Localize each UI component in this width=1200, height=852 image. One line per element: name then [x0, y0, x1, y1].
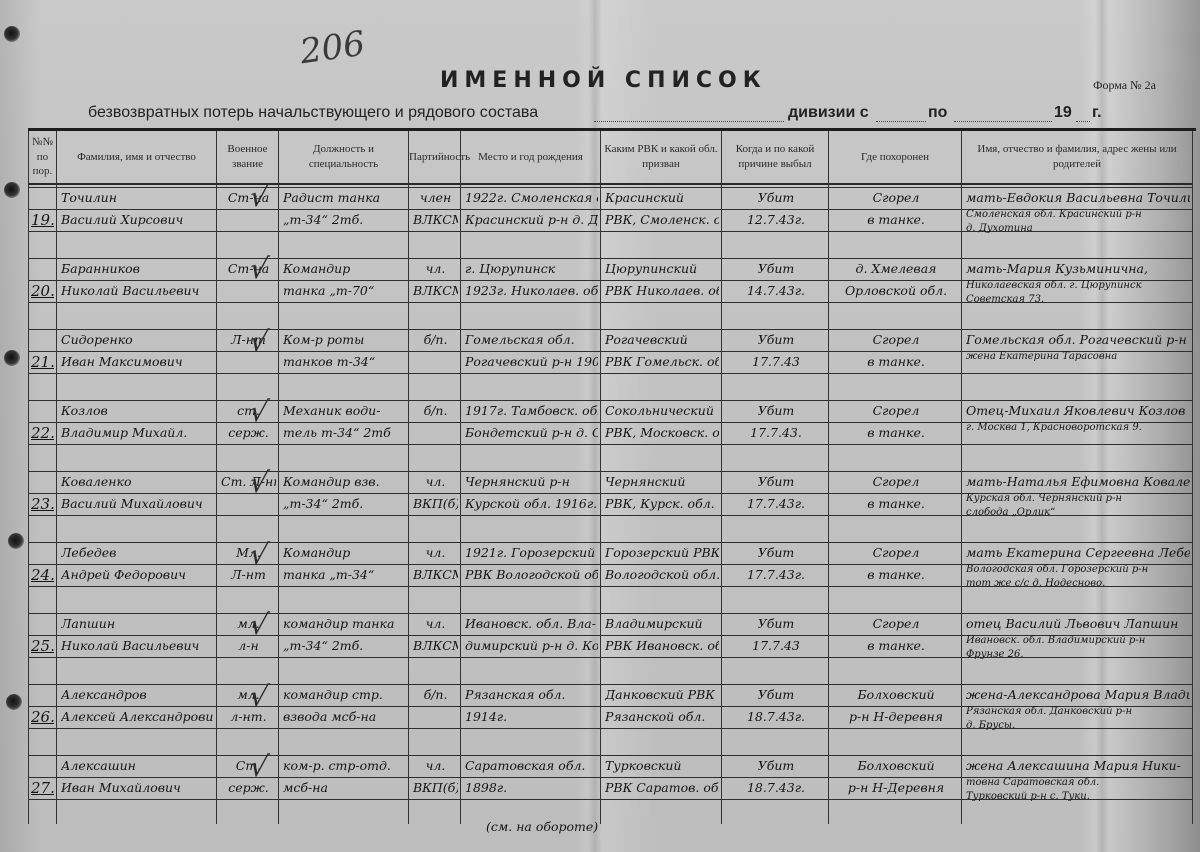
date-reason-line: 17.7.43. — [726, 424, 826, 442]
full-name-line: Николай Васильевич — [61, 282, 214, 300]
burial-place-cell: Сгорелв танке. — [829, 184, 962, 256]
party-membership-cell: членВЛКСМ — [409, 184, 461, 256]
party-membership-cell: чл.ВКП(б) — [409, 753, 461, 824]
relatives-address-line: д. Брусы. — [966, 720, 1190, 732]
table-row: 21.СидоренкоИван МаксимовичЛ-нтКом-р рот… — [29, 327, 1193, 398]
relatives-address-line: товна Саратовская обл. — [966, 777, 1190, 789]
burial-place-cell: Болховскийр-н Н-Деревня — [829, 753, 962, 824]
draft-office-cell: Данковский РВКРязанской обл. — [601, 682, 722, 753]
party-membership-line: ВЛКСМ — [413, 566, 458, 584]
draft-office-line: Рогачевский — [605, 331, 719, 349]
date-reason-line: 18.7.43г. — [726, 779, 826, 797]
draft-office-cell: РогачевскийРВК Гомельск. обл. — [601, 327, 722, 398]
document-subtitle: безвозвратных потерь начальствующего и р… — [88, 104, 1108, 126]
draft-office-cell: ТурковскийРВК Саратов. обл. — [601, 753, 722, 824]
table-header-row: №№ по пор. Фамилия, имя и отчество Военн… — [29, 131, 1193, 184]
row-number: 22. — [31, 424, 54, 442]
row-number-cell: 20. — [29, 256, 57, 327]
birth-place-year-cell: Чернянский р-нКурской обл. 1916г. — [461, 469, 601, 540]
row-number-cell: 21. — [29, 327, 57, 398]
burial-place-line: Сгорел — [833, 544, 959, 562]
draft-office-line: Красинский — [605, 189, 719, 207]
birth-place-year-line: 1923г. Николаев. обл. — [465, 282, 598, 300]
military-rank-cell: Ст. Л-нт — [217, 469, 279, 540]
relatives-address-line: жена Екатерина Тарасовна — [966, 351, 1190, 363]
burial-place-line: в танке. — [833, 424, 959, 442]
burial-place-line: Орловской обл. — [833, 282, 959, 300]
full-name-line: Лебедев — [61, 544, 214, 562]
date-reason-line: Убит — [726, 757, 826, 775]
party-membership-line: б/п. — [413, 402, 458, 420]
footnote-see-reverse: (см. на обороте) — [486, 818, 1198, 836]
birth-place-year-line: г. Цюрупинск — [465, 260, 598, 278]
header-rvk: Каким РВК и какой обл. призван — [601, 131, 722, 184]
full-name-cell: БаранниковНиколай Васильевич — [57, 256, 217, 327]
draft-office-line: Сокольнический — [605, 402, 719, 420]
military-rank-cell: мл.л-н — [217, 611, 279, 682]
date-reason-line: Убит — [726, 189, 826, 207]
party-membership-line: ВЛКСМ — [413, 211, 458, 229]
birth-place-year-line: РВК Вологодской обл. — [465, 566, 598, 584]
row-number-cell: 24. — [29, 540, 57, 611]
draft-office-line: Вологодской обл. — [605, 566, 719, 584]
draft-office-line: Чернянский — [605, 473, 719, 491]
draft-office-line: РВК, Смоленск. обл. — [605, 211, 719, 229]
header-party: Партийность — [409, 131, 461, 184]
birth-place-year-line: Гомельская обл. — [465, 331, 598, 349]
full-name-line: Коваленко — [61, 473, 214, 491]
position-cell: командир стр.взвода мсб-на — [279, 682, 409, 753]
birth-place-year-cell: 1917г. Тамбовск. обл.Бондетский р-н д. С… — [461, 398, 601, 469]
full-name-line: Василий Хирсович — [61, 211, 214, 229]
full-name-line: Алексей Александрович — [61, 708, 214, 726]
subtitle-text: безвозвратных потерь начальствующего и р… — [88, 104, 538, 122]
year-label: 19 — [1054, 104, 1072, 122]
position-cell: Командиртанка „т-70“ — [279, 256, 409, 327]
draft-office-line: Цюрупинский — [605, 260, 719, 278]
burial-place-line: в танке. — [833, 353, 959, 371]
table-row: 24.ЛебедевАндрей ФедоровичМл.Л-нтКоманди… — [29, 540, 1193, 611]
full-name-cell: КоваленкоВасилий Михайлович — [57, 469, 217, 540]
burial-place-line: Болховский — [833, 757, 959, 775]
military-rank-cell: мл.л-нт. — [217, 682, 279, 753]
punch-hole — [4, 350, 20, 366]
header-position: Должность и специальность — [279, 131, 409, 184]
birth-place-year-line: Рязанская обл. — [465, 686, 598, 704]
date-reason-line: 17.7.43 — [726, 637, 826, 655]
date-reason-cell: Убит17.7.43г. — [722, 469, 829, 540]
row-number: 23. — [31, 495, 54, 513]
draft-office-cell: Горозерский РВКВологодской обл. — [601, 540, 722, 611]
burial-place-line: Сгорел — [833, 615, 959, 633]
row-number-cell: 19. — [29, 184, 57, 256]
position-line: Командир взв. — [283, 473, 406, 491]
relatives-address-cell: жена Алексашина Мария Ники-товна Саратов… — [962, 753, 1193, 824]
blank-field-year — [1076, 121, 1090, 122]
birth-place-year-cell: Саратовская обл.1898г. — [461, 753, 601, 824]
relatives-address-line: Смоленская обл. Красинский р-н — [966, 209, 1190, 221]
date-reason-line: 12.7.43г. — [726, 211, 826, 229]
relatives-address-cell: мать Екатерина Сергеевна ЛебедеваВологод… — [962, 540, 1193, 611]
relatives-address-cell: мать-Евдокия Васильевна ТочилинаСмоленск… — [962, 184, 1193, 256]
row-number: 21. — [31, 353, 54, 371]
burial-place-line: р-н Н-деревня — [833, 708, 959, 726]
full-name-line: Андрей Федорович — [61, 566, 214, 584]
header-reason: Когда и по какой причине выбыл — [722, 131, 829, 184]
row-number-cell: 25. — [29, 611, 57, 682]
position-line: взвода мсб-на — [283, 708, 406, 726]
birth-place-year-line: 1898г. — [465, 779, 598, 797]
full-name-cell: АлексашинИван Михайлович — [57, 753, 217, 824]
relatives-address-line: д. Духотина — [966, 223, 1190, 235]
table-row: 27.АлексашинИван МихайловичСт.серж.ком-р… — [29, 753, 1193, 824]
party-membership-line: чл. — [413, 757, 458, 775]
punch-hole — [4, 26, 20, 42]
position-line: „т-34“ 2тб. — [283, 495, 406, 513]
form-number: Форма № 2а — [1093, 78, 1156, 93]
position-line: Командир — [283, 544, 406, 562]
date-reason-cell: Убит17.7.43г. — [722, 540, 829, 611]
row-number: 26. — [31, 708, 54, 726]
birth-place-year-line: Саратовская обл. — [465, 757, 598, 775]
relatives-address-line: Ивановск. обл. Владимирский р-н — [966, 635, 1190, 647]
table-row: 22.КозловВладимир Михайл.ст.серж.Механик… — [29, 398, 1193, 469]
position-cell: командир танка„т-34“ 2тб. — [279, 611, 409, 682]
full-name-line: Николай Васильевич — [61, 637, 214, 655]
burial-place-line: в танке. — [833, 211, 959, 229]
party-membership-line: ВЛКСМ — [413, 637, 458, 655]
burial-place-cell: Сгорелв танке. — [829, 540, 962, 611]
party-membership-line: чл. — [413, 544, 458, 562]
draft-office-cell: ЧернянскийРВК, Курск. обл. — [601, 469, 722, 540]
handwritten-page-number: 206 — [298, 24, 368, 73]
row-number-cell: 23. — [29, 469, 57, 540]
party-membership-cell: чл.ВЛКСМ — [409, 611, 461, 682]
draft-office-line: РВК, Курск. обл. — [605, 495, 719, 513]
party-membership-line: чл. — [413, 473, 458, 491]
relatives-address-line: жена-Александрова Мария Владимировна — [966, 686, 1190, 704]
draft-office-cell: ВладимирскийРВК Ивановск. обл. — [601, 611, 722, 682]
party-membership-cell: б/п. — [409, 327, 461, 398]
date-reason-line: Убит — [726, 260, 826, 278]
position-line: танка „т-34“ — [283, 566, 406, 584]
party-membership-line: б/п. — [413, 331, 458, 349]
relatives-address-cell: Отец-Михаил Яковлевич Козловг. Москва 1,… — [962, 398, 1193, 469]
relatives-address-line: Советская 73. — [966, 294, 1190, 306]
position-cell: Командиртанка „т-34“ — [279, 540, 409, 611]
relatives-address-line: Николаевская обл. г. Цюрупинск — [966, 280, 1190, 292]
relatives-address-line: г. Москва 1, Красноворотская 9. — [966, 422, 1190, 434]
draft-office-line: Владимирский — [605, 615, 719, 633]
date-reason-cell: Убит17.7.43 — [722, 327, 829, 398]
punch-hole — [4, 182, 20, 198]
full-name-line: Василий Михайлович — [61, 495, 214, 513]
full-name-line: Лапшин — [61, 615, 214, 633]
birth-place-year-line: Рогачевский р-н 1908г. — [465, 353, 598, 371]
full-name-line: Точилин — [61, 189, 214, 207]
position-cell: ком-р. стр-отд.мсб-на — [279, 753, 409, 824]
relatives-address-line: Фрунзе 26. — [966, 649, 1190, 661]
position-line: Механик води- — [283, 402, 406, 420]
blank-field-from — [876, 121, 926, 122]
header-relatives: Имя, отчество и фамилия, адрес жены или … — [962, 131, 1193, 184]
party-membership-line: ВКП(б) — [413, 495, 458, 513]
position-cell: Ком-р ротытанков т-34“ — [279, 327, 409, 398]
row-number: 24. — [31, 566, 54, 584]
birth-place-year-cell: Рязанская обл.1914г. — [461, 682, 601, 753]
birth-place-year-line: Бондетский р-н д. Степенщево. — [465, 424, 598, 442]
military-rank-cell: Ст.серж. — [217, 753, 279, 824]
military-rank-cell: Мл.Л-нт — [217, 540, 279, 611]
burial-place-cell: д. ХмелеваяОрловской обл. — [829, 256, 962, 327]
party-membership-line: ВКП(б) — [413, 779, 458, 797]
relatives-address-line: отец Василий Львович Лапшин — [966, 615, 1190, 633]
birth-place-year-line: 1921г. Горозерский р-н — [465, 544, 598, 562]
position-cell: Радист танка„т-34“ 2тб. — [279, 184, 409, 256]
year-suffix: г. — [1092, 104, 1102, 122]
date-reason-line: Убит — [726, 331, 826, 349]
date-reason-line: Убит — [726, 473, 826, 491]
relatives-address-line: слобода „Орлик“ — [966, 507, 1190, 519]
draft-office-line: Горозерский РВК — [605, 544, 719, 562]
header-buried: Где похоронен — [829, 131, 962, 184]
draft-office-line: РВК Ивановск. обл. — [605, 637, 719, 655]
party-membership-cell: чл.ВЛКСМ. — [409, 256, 461, 327]
position-line: Ком-р роты — [283, 331, 406, 349]
burial-place-line: в танке. — [833, 495, 959, 513]
burial-place-line: Сгорел — [833, 473, 959, 491]
date-reason-line: 17.7.43г. — [726, 566, 826, 584]
full-name-cell: ТочилинВасилий Хирсович — [57, 184, 217, 256]
row-number-cell: 22. — [29, 398, 57, 469]
table-row: 25.ЛапшинНиколай Васильевичмл.л-нкоманди… — [29, 611, 1193, 682]
position-line: „т-34“ 2тб. — [283, 211, 406, 229]
relatives-address-line: Отец-Михаил Яковлевич Козлов — [966, 402, 1190, 420]
burial-place-line: в танке. — [833, 637, 959, 655]
draft-office-line: Турковский — [605, 757, 719, 775]
draft-office-line: РВК, Московск. обл. — [605, 424, 719, 442]
party-membership-line: чл. — [413, 260, 458, 278]
blank-field-unit — [594, 121, 784, 122]
party-membership-line: чл. — [413, 615, 458, 633]
party-membership-cell: чл.ВЛКСМ — [409, 540, 461, 611]
date-reason-line: Убит — [726, 544, 826, 562]
full-name-line: Козлов — [61, 402, 214, 420]
date-reason-cell: Убит14.7.43г. — [722, 256, 829, 327]
relatives-address-cell: мать-Мария Кузьминична,Николаевская обл.… — [962, 256, 1193, 327]
birth-place-year-line: Чернянский р-н — [465, 473, 598, 491]
relatives-address-line: Гомельская обл. Рогачевский р-н — [966, 331, 1190, 349]
birth-place-year-line: Курской обл. 1916г. — [465, 495, 598, 513]
party-membership-line: ВЛКСМ. — [413, 282, 458, 300]
date-reason-line: Убит — [726, 686, 826, 704]
table-row: 26.АлександровАлексей Александровичмл.л-… — [29, 682, 1193, 753]
burial-place-cell: Сгорелв танке. — [829, 398, 962, 469]
birth-place-year-cell: Гомельская обл.Рогачевский р-н 1908г. — [461, 327, 601, 398]
party-membership-cell: б/п. — [409, 398, 461, 469]
relatives-address-line: Рязанская обл. Данковский р-н — [966, 706, 1190, 718]
birth-place-year-cell: Ивановск. обл. Вла-димирский р-н д. Коже… — [461, 611, 601, 682]
burial-place-line: Болховский — [833, 686, 959, 704]
full-name-cell: СидоренкоИван Максимович — [57, 327, 217, 398]
row-number: 19. — [31, 211, 54, 229]
draft-office-line: РВК Николаев. обл. — [605, 282, 719, 300]
birth-place-year-line: 1917г. Тамбовск. обл. — [465, 402, 598, 420]
full-name-line: Сидоренко — [61, 331, 214, 349]
relatives-address-line: жена Алексашина Мария Ники- — [966, 757, 1190, 775]
full-name-line: Иван Максимович — [61, 353, 214, 371]
draft-office-line: РВК Гомельск. обл. — [605, 353, 719, 371]
birth-place-year-cell: г. Цюрупинск1923г. Николаев. обл. — [461, 256, 601, 327]
relatives-address-cell: жена-Александрова Мария ВладимировнаРяза… — [962, 682, 1193, 753]
birth-place-year-line: Красинский р-н д. Духотина — [465, 211, 598, 229]
position-line: ком-р. стр-отд. — [283, 757, 406, 775]
period-to-label: по — [928, 104, 947, 122]
row-number: 20. — [31, 282, 54, 300]
full-name-line: Баранников — [61, 260, 214, 278]
relatives-address-cell: мать-Наталья Ефимовна Коваленко.Курская … — [962, 469, 1193, 540]
draft-office-line: Данковский РВК — [605, 686, 719, 704]
relatives-address-line: тот же с/с д. Нодесново. — [966, 578, 1190, 590]
full-name-line: Иван Михайлович — [61, 779, 214, 797]
burial-place-line: д. Хмелевая — [833, 260, 959, 278]
date-reason-cell: Убит12.7.43г. — [722, 184, 829, 256]
relatives-address-line: мать Екатерина Сергеевна Лебедева — [966, 544, 1190, 562]
full-name-line: Алексашин — [61, 757, 214, 775]
burial-place-cell: Сгорелв танке. — [829, 469, 962, 540]
date-reason-cell: Убит17.7.43. — [722, 398, 829, 469]
header-number: №№ по пор. — [29, 131, 57, 184]
relatives-address-line: мать-Мария Кузьминична, — [966, 260, 1190, 278]
position-line: „т-34“ 2тб. — [283, 637, 406, 655]
birth-place-year-line: димирский р-н д. Кожево 1924г. — [465, 637, 598, 655]
document-title: ИМЕННОЙ СПИСОК — [440, 68, 767, 93]
table-row: 20.БаранниковНиколай ВасильевичСт-наКома… — [29, 256, 1193, 327]
birth-place-year-line: 1914г. — [465, 708, 598, 726]
party-membership-cell: чл.ВКП(б) — [409, 469, 461, 540]
burial-place-cell: Сгорелв танке. — [829, 327, 962, 398]
position-line: танков т-34“ — [283, 353, 406, 371]
burial-place-line: в танке. — [833, 566, 959, 584]
military-rank-cell: Л-нт — [217, 327, 279, 398]
date-reason-cell: Убит18.7.43г. — [722, 682, 829, 753]
birth-place-year-cell: 1922г. Смоленская обл.Красинский р-н д. … — [461, 184, 601, 256]
full-name-cell: ЛапшинНиколай Васильевич — [57, 611, 217, 682]
row-number-cell: 26. — [29, 682, 57, 753]
relatives-address-line: мать-Наталья Ефимовна Коваленко. — [966, 473, 1190, 491]
date-reason-line: 17.7.43 — [726, 353, 826, 371]
burial-place-line: Сгорел — [833, 331, 959, 349]
date-reason-line: Убит — [726, 615, 826, 633]
header-birth: Место и год рождения — [461, 131, 601, 184]
draft-office-line: Рязанской обл. — [605, 708, 719, 726]
row-number-cell: 27. — [29, 753, 57, 824]
row-number: 27. — [31, 779, 54, 797]
full-name-cell: КозловВладимир Михайл. — [57, 398, 217, 469]
division-label: дивизии с — [788, 104, 869, 122]
relatives-address-line: Вологодская обл. Горозерский р-н — [966, 564, 1190, 576]
header-rank: Военное звание — [217, 131, 279, 184]
position-line: тель т-34“ 2тб — [283, 424, 406, 442]
position-line: танка „т-70“ — [283, 282, 406, 300]
date-reason-cell: Убит17.7.43 — [722, 611, 829, 682]
military-rank-cell: Ст-на — [217, 256, 279, 327]
header-full-name: Фамилия, имя и отчество — [57, 131, 217, 184]
draft-office-cell: КрасинскийРВК, Смоленск. обл. — [601, 184, 722, 256]
full-name-line: Владимир Михайл. — [61, 424, 214, 442]
draft-office-line: РВК Саратов. обл. — [605, 779, 719, 797]
burial-place-cell: Болховскийр-н Н-деревня — [829, 682, 962, 753]
blank-field-to — [954, 121, 1052, 122]
position-line: командир танка — [283, 615, 406, 633]
position-cell: Командир взв.„т-34“ 2тб. — [279, 469, 409, 540]
position-line: мсб-на — [283, 779, 406, 797]
party-membership-cell: б/п. — [409, 682, 461, 753]
relatives-address-line: мать-Евдокия Васильевна Точилина — [966, 189, 1190, 207]
position-line: Радист танка — [283, 189, 406, 207]
birth-place-year-line: Ивановск. обл. Вла- — [465, 615, 598, 633]
military-rank-cell: ст.серж. — [217, 398, 279, 469]
document-page: 206 ИМЕННОЙ СПИСОК Форма № 2а безвозврат… — [0, 0, 1200, 852]
date-reason-line: Убит — [726, 402, 826, 420]
date-reason-line: 18.7.43г. — [726, 708, 826, 726]
table-row: 23.КоваленкоВасилий МихайловичСт. Л-нтКо… — [29, 469, 1193, 540]
military-rank-cell: Ст-на — [217, 184, 279, 256]
burial-place-line: Сгорел — [833, 402, 959, 420]
birth-place-year-line: 1922г. Смоленская обл. — [465, 189, 598, 207]
date-reason-line: 17.7.43г. — [726, 495, 826, 513]
relatives-address-cell: Гомельская обл. Рогачевский р-нжена Екат… — [962, 327, 1193, 398]
date-reason-line: 14.7.43г. — [726, 282, 826, 300]
punch-hole — [8, 533, 24, 549]
birth-place-year-cell: 1921г. Горозерский р-нРВК Вологодской об… — [461, 540, 601, 611]
relatives-address-cell: отец Василий Львович ЛапшинИвановск. обл… — [962, 611, 1193, 682]
row-number: 25. — [31, 637, 54, 655]
position-line: Командир — [283, 260, 406, 278]
party-membership-line: б/п. — [413, 686, 458, 704]
full-name-line: Александров — [61, 686, 214, 704]
position-cell: Механик води-тель т-34“ 2тб — [279, 398, 409, 469]
position-line: командир стр. — [283, 686, 406, 704]
relatives-address-line: Турковский р-н с. Туки. — [966, 791, 1190, 803]
full-name-cell: АлександровАлексей Александрович — [57, 682, 217, 753]
party-membership-line: член — [413, 189, 458, 207]
draft-office-cell: ЦюрупинскийРВК Николаев. обл. — [601, 256, 722, 327]
punch-hole — [6, 694, 22, 710]
burial-place-line: Сгорел — [833, 189, 959, 207]
losses-table: №№ по пор. Фамилия, имя и отчество Военн… — [28, 131, 1193, 824]
draft-office-cell: СокольническийРВК, Московск. обл. — [601, 398, 722, 469]
burial-place-cell: Сгорелв танке. — [829, 611, 962, 682]
relatives-address-line: Курская обл. Чернянский р-н — [966, 493, 1190, 505]
date-reason-cell: Убит18.7.43г. — [722, 753, 829, 824]
full-name-cell: ЛебедевАндрей Федорович — [57, 540, 217, 611]
table-row: 19.ТочилинВасилий ХирсовичСт-наРадист та… — [29, 184, 1193, 256]
burial-place-line: р-н Н-Деревня — [833, 779, 959, 797]
